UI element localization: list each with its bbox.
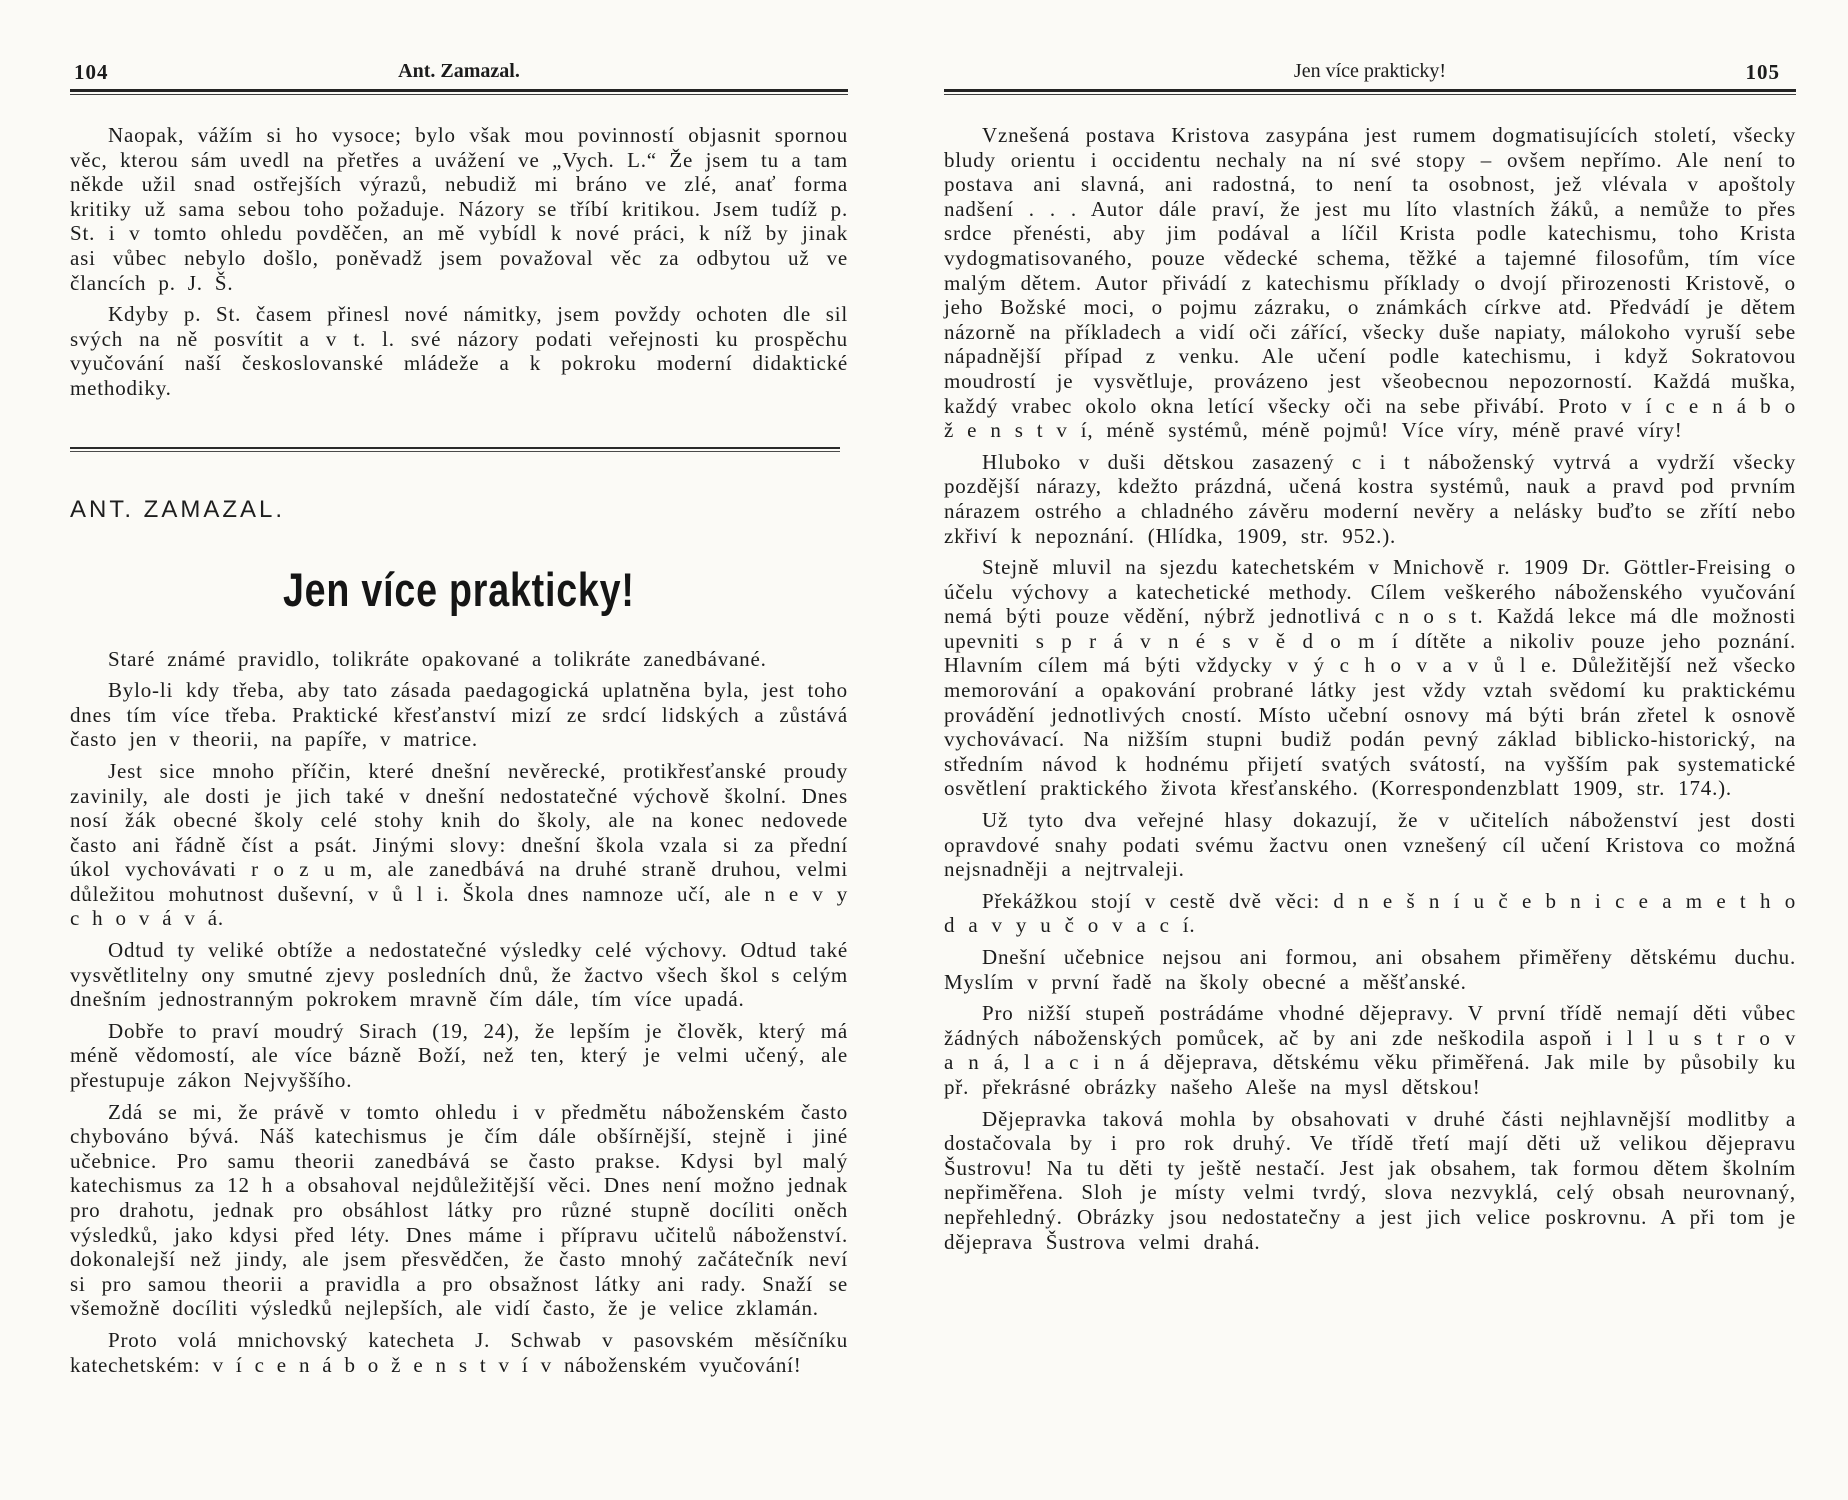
paragraph: Pro nižší stupeň postrádáme vhodné dějep… xyxy=(944,1001,1796,1099)
paragraph: Kdyby p. St. časem přinesl nové námitky,… xyxy=(70,302,848,400)
page-number-left: 104 xyxy=(74,60,109,85)
paragraph: Proto volá mnichovský katecheta J. Schwa… xyxy=(70,1328,848,1377)
paragraph: Jest sice mnoho příčin, které dnešní nev… xyxy=(70,759,848,931)
running-header-right: Jen více prakticky! 105 xyxy=(944,60,1796,86)
paragraph: Už tyto dva veřejné hlasy dokazují, že v… xyxy=(944,808,1796,882)
article-title-text: Jen více prakticky! xyxy=(283,562,635,617)
paragraph: Překážkou stojí v cestě dvě věci: d n e … xyxy=(944,889,1796,938)
paragraph: Vznešená postava Kristova zasypána jest … xyxy=(944,123,1796,443)
paragraph: Bylo-li kdy třeba, aby tato zásada paeda… xyxy=(70,678,848,752)
header-rule-left xyxy=(70,89,848,95)
article-body-left: Staré známé pravidlo, tolikráte opakovan… xyxy=(70,647,848,1378)
author-heading: ANT. ZAMAZAL. xyxy=(70,496,848,524)
running-title-left: Ant. Zamazal. xyxy=(70,60,848,83)
paragraph: Hluboko v duši dětskou zasazený c i t ná… xyxy=(944,450,1796,548)
header-rule-right xyxy=(944,89,1796,95)
paragraph: Dějepravka taková mohla by obsahovati v … xyxy=(944,1107,1796,1255)
paragraph: Odtud ty veliké obtíže a nedostatečné vý… xyxy=(70,938,848,1012)
paragraph: Zdá se mi, že právě v tomto ohledu i v p… xyxy=(70,1100,848,1321)
paragraph: Naopak, vážím si ho vysoce; bylo však mo… xyxy=(70,123,848,295)
paragraph: Dobře to praví moudrý Sirach (19, 24), ž… xyxy=(70,1019,848,1093)
right-page-body: Vznešená postava Kristova zasypána jest … xyxy=(944,123,1796,1254)
running-header-left: 104 Ant. Zamazal. xyxy=(70,60,848,86)
paragraph: Dnešní učebnice nejsou ani formou, ani o… xyxy=(944,945,1796,994)
running-title-right: Jen více prakticky! xyxy=(944,60,1796,83)
left-page-body: Naopak, vážím si ho vysoce; bylo však mo… xyxy=(70,123,848,1377)
section-divider-rule xyxy=(70,447,840,452)
paragraph: Staré známé pravidlo, tolikráte opakovan… xyxy=(70,647,848,672)
page-104: 104 Ant. Zamazal. Naopak, vážím si ho vy… xyxy=(70,60,848,1384)
page-105: Jen více prakticky! 105 Vznešená postava… xyxy=(944,60,1796,1261)
book-spread: 104 Ant. Zamazal. Naopak, vážím si ho vy… xyxy=(0,0,1848,1500)
paragraph: Stejně mluvil na sjezdu katechetském v M… xyxy=(944,555,1796,801)
article-title: Jen více prakticky! xyxy=(70,562,848,617)
page-number-right: 105 xyxy=(1746,60,1781,85)
